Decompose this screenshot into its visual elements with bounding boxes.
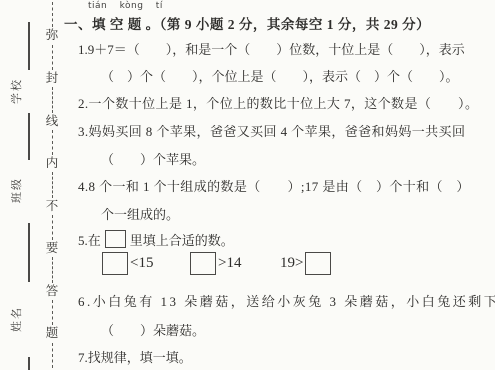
answer-box [190, 252, 216, 275]
seal-line-dash [52, 45, 53, 70]
margin-field-name-label: 姓名 [8, 297, 24, 341]
comparison-text: <15 [130, 255, 153, 272]
question-4-line-1: 4.8 个一和 1 个十组成的数是（ ）;17 是由（ ）个十和（ ） [78, 176, 470, 195]
seal-line-dash [52, 172, 53, 197]
seal-line-dash [52, 2, 53, 27]
question-4-line-2: 个一组成的。 [101, 204, 179, 223]
seal-line-char: 不 [46, 200, 59, 213]
comparison-text: 19> [280, 255, 303, 272]
answer-box [102, 252, 128, 275]
seal-line-char: 封 [46, 72, 59, 85]
exam-paper: 学校 班级 姓名 弥 封 线 内 不 要 答 题 tián kòng tí 一、… [0, 0, 495, 370]
question-3-line-2: （ ）个苹果。 [101, 149, 205, 168]
seal-line-char: 弥 [46, 29, 59, 42]
comparison-item: >14 [190, 252, 241, 275]
question-5-suffix: 里填上合适的数。 [130, 233, 234, 248]
seal-line-dash [52, 300, 53, 325]
question-5-comparisons: <15 >14 19> [0, 252, 495, 278]
question-6-line-1: 6.小白兔有 13 朵蘑菇，送给小灰兔 3 朵蘑菇，小白兔还剩下 [78, 291, 495, 310]
question-1-line-2: （ ）个（ ），个位上是（ ），表示（ ）个（ ）。 [101, 66, 459, 85]
margin-field-underline [28, 113, 30, 160]
seal-line-dash [52, 87, 53, 112]
seal-line-char: 题 [46, 327, 59, 340]
question-2-line-1: 2.一个数十位上是 1，个位上的数比十位上大 7，这个数是（ ）。 [78, 93, 478, 112]
comparison-item: <15 [102, 252, 153, 275]
seal-line: 弥 封 线 内 不 要 答 题 [44, 0, 60, 370]
margin-field-underline [28, 357, 30, 370]
question-1-line-1: 1.9＋7＝（ ），和是一个（ ）位数，十位上是（ ），表示 [78, 39, 465, 58]
question-3-line-1: 3.妈妈买回 8 个苹果，爸爸又买回 4 个苹果，爸爸和妈妈一共买回 [78, 121, 465, 140]
seal-line-char: 答 [46, 285, 59, 298]
seal-line-dash [52, 215, 53, 240]
margin-field-underline [28, 22, 30, 70]
section-title: 一、填 空 题 。（第 9 小题 2 分，其余每空 1 分，共 29 分） [64, 13, 430, 33]
question-7-line-1: 7.找规律，填一填。 [78, 347, 192, 366]
margin-field-class-label: 班级 [8, 168, 24, 212]
comparison-item: 19> [280, 252, 331, 275]
seal-line-char: 内 [46, 157, 59, 170]
answer-box [105, 230, 126, 248]
seal-line-dash [52, 343, 53, 368]
answer-box [305, 252, 331, 275]
seal-line-dash [52, 130, 53, 155]
margin-field-school-label: 学校 [8, 69, 24, 113]
question-5-prefix: 5.在 [78, 233, 101, 248]
comparison-text: >14 [218, 255, 241, 272]
section-title-pinyin: tián kòng tí [88, 1, 163, 11]
question-6-line-2: （ ）朵蘑菇。 [101, 320, 205, 339]
question-5-line-1: 5.在里填上合适的数。 [78, 230, 234, 249]
seal-line-char: 线 [46, 115, 59, 128]
